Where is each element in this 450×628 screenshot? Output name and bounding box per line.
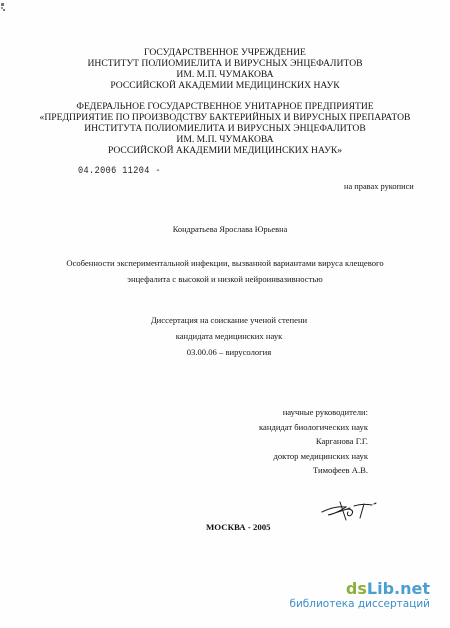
title-line: Особенности экспериментальной инфекции, …: [0, 255, 450, 271]
header-line: ИНСТИТУТ ПОЛИОМИЕЛИТА И ВИРУСНЫХ ЭНЦЕФАЛ…: [0, 58, 450, 69]
enterprise-header: ФЕДЕРАЛЬНОЕ ГОСУДАРСТВЕННОЕ УНИТАРНОЕ ПР…: [0, 101, 450, 156]
supervisor-degree: доктор медицинских наук: [259, 449, 368, 464]
supervisor-name: Тимофеев А.В.: [259, 463, 368, 478]
supervisors-label: научные руководители:: [259, 405, 368, 420]
header-line: «ПРЕДПРИЯТИЕ ПО ПРОИЗВОДСТВУ БАКТЕРИЙНЫХ…: [0, 112, 450, 123]
degree-text: кандидата медицинских наук: [176, 331, 283, 341]
degree-info: Диссертация на соискание ученой степени …: [0, 312, 450, 360]
scan-artifact: [3, 9, 5, 11]
author-name: Кондратьева Ярослава Юрьевна: [0, 225, 450, 234]
header-line: ИМ. М.П. ЧУМАКОВА: [0, 134, 450, 145]
degree-text: 03.00.06 – вирусология: [187, 347, 271, 357]
scan-artifact: [1, 3, 4, 6]
brand-net: .net: [394, 579, 430, 598]
degree-text: Диссертация на соискание ученой степени: [151, 315, 307, 325]
dslib-watermark[interactable]: dsLib.net библиотека диссертаций: [289, 580, 430, 611]
supervisor-degree: кандидат биологических наук: [259, 420, 368, 435]
author-name-text: Кондратьева Ярослава Юрьевна: [173, 225, 288, 234]
registration-stamp: 04.2006 11204 -: [78, 166, 161, 177]
manuscript-rights-note: на правах рукописи: [344, 182, 414, 191]
degree-line: 03.00.06 – вирусология: [0, 344, 450, 360]
scanned-page: ГОСУДАРСТВЕННОЕ УЧРЕЖДЕНИЕ ИНСТИТУТ ПОЛИ…: [0, 0, 450, 628]
supervisors-block: научные руководители: кандидат биологиче…: [259, 405, 368, 478]
institution-header: ГОСУДАРСТВЕННОЕ УЧРЕЖДЕНИЕ ИНСТИТУТ ПОЛИ…: [0, 47, 450, 91]
header-line: ГОСУДАРСТВЕННОЕ УЧРЕЖДЕНИЕ: [0, 47, 450, 58]
brand-lib: Lib: [367, 579, 394, 598]
header-line: ФЕДЕРАЛЬНОЕ ГОСУДАРСТВЕННОЕ УНИТАРНОЕ ПР…: [0, 101, 450, 112]
dissertation-title: Особенности экспериментальной инфекции, …: [0, 255, 450, 287]
header-line: РОССИЙСКОЙ АКАДЕМИИ МЕДИЦИНСКИХ НАУК»: [0, 145, 450, 156]
header-line: ИНСТИТУТА ПОЛИОМИЕЛИТА И ВИРУСНЫХ ЭНЦЕФА…: [0, 123, 450, 134]
title-line: энцефалита с высокой и низкой нейроинваз…: [0, 271, 450, 287]
brand-ds: ds: [346, 579, 367, 598]
city-year: МОСКВА - 2005: [206, 522, 271, 532]
watermark-subtitle: библиотека диссертаций: [289, 598, 430, 611]
header-line: ИМ. М.П. ЧУМАКОВА: [0, 69, 450, 80]
signature-icon: [320, 498, 380, 524]
degree-line: Диссертация на соискание ученой степени: [0, 312, 450, 328]
watermark-brand: dsLib.net: [289, 580, 430, 598]
header-line: РОССИЙСКОЙ АКАДЕМИИ МЕДИЦИНСКИХ НАУК: [0, 80, 450, 91]
degree-line: кандидата медицинских наук: [0, 328, 450, 344]
supervisor-name: Карганова Г.Г.: [259, 434, 368, 449]
